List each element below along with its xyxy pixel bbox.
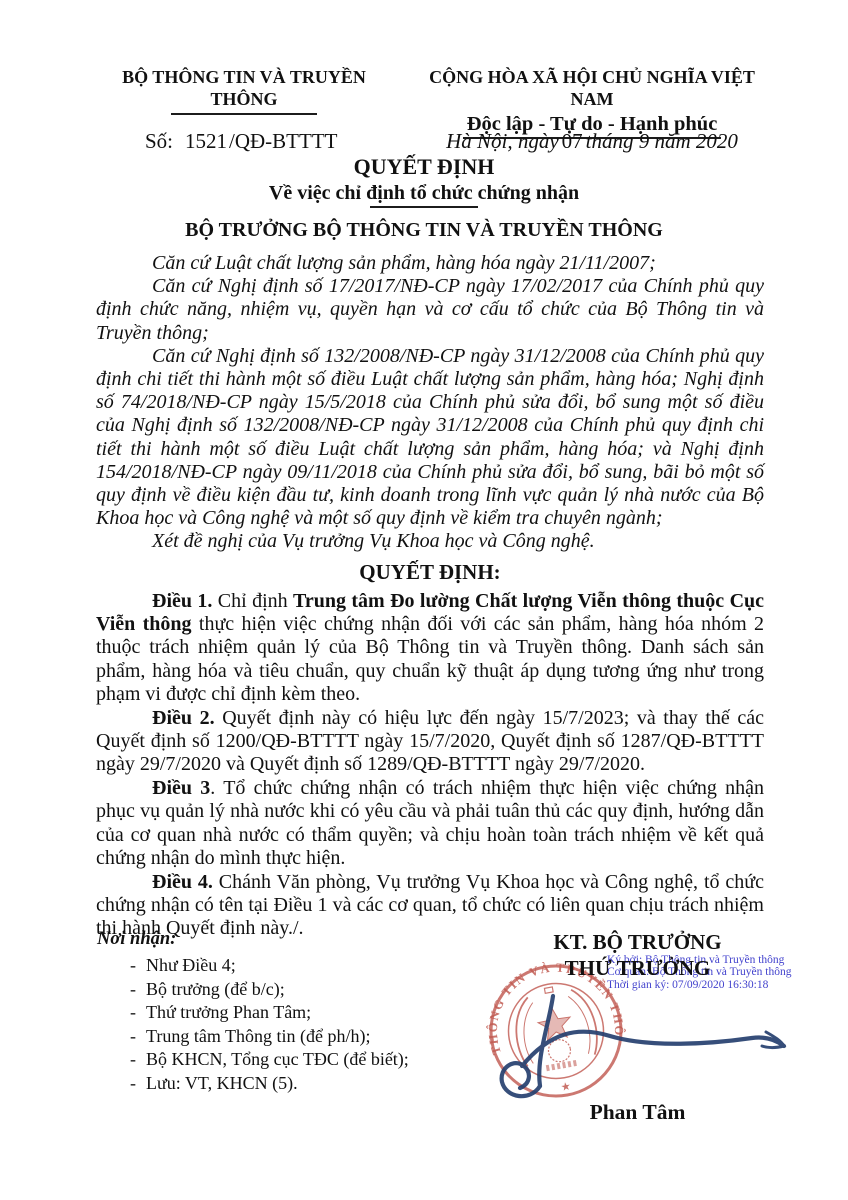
issuer-heading: BỘ TRƯỞNG BỘ THÔNG TIN VÀ TRUYỀN THÔNG bbox=[0, 219, 848, 242]
article-2-number: Điều 2. bbox=[152, 707, 222, 729]
document-body: Căn cứ Luật chất lượng sản phẩm, hàng hó… bbox=[96, 252, 764, 941]
handwritten-signature bbox=[470, 980, 795, 1110]
preamble-paragraph: Căn cứ Nghị định số 132/2008/NĐ-CP ngày … bbox=[96, 345, 764, 531]
issuing-org-header: BỘ THÔNG TIN VÀ TRUYỀN THÔNG bbox=[88, 66, 400, 115]
org-underline bbox=[171, 113, 317, 115]
decision-title: QUYẾT ĐỊNH bbox=[0, 154, 848, 180]
decision-subject: Về việc chỉ định tổ chức chứng nhận bbox=[0, 181, 848, 205]
org-name: BỘ THÔNG TIN VÀ TRUYỀN THÔNG bbox=[88, 66, 400, 110]
subject-underline bbox=[370, 206, 478, 208]
date-rest: tháng 9 năm 2020 bbox=[586, 129, 738, 153]
recipients-label: Nơi nhận: bbox=[97, 929, 442, 950]
date-day: 07 bbox=[562, 129, 583, 153]
article-1-text: Chỉ định bbox=[218, 590, 293, 612]
recipients-list: Như Điều 4; Bộ trưởng (để b/c); Thứ trưở… bbox=[97, 954, 442, 1095]
doc-number-suffix: /QĐ-BTTTT bbox=[229, 129, 337, 153]
preamble-paragraph: Căn cứ Luật chất lượng sản phẩm, hàng hó… bbox=[96, 252, 764, 275]
decision-heading: QUYẾT ĐỊNH: bbox=[96, 558, 764, 586]
article-4-number: Điều 4. bbox=[152, 871, 219, 893]
recipient-item: Bộ trưởng (để b/c); bbox=[130, 978, 442, 1002]
place-date-line: Hà Nội, ngày07tháng 9 năm 2020 bbox=[408, 129, 776, 154]
article-1-number: Điều 1. bbox=[152, 590, 218, 612]
preamble-paragraph: Căn cứ Nghị định số 17/2017/NĐ-CP ngày 1… bbox=[96, 275, 764, 345]
recipient-item: Thứ trưởng Phan Tâm; bbox=[130, 1001, 442, 1025]
recipients-block: Nơi nhận: Như Điều 4; Bộ trưởng (để b/c)… bbox=[97, 929, 442, 1095]
recipient-item: Như Điều 4; bbox=[130, 954, 442, 978]
recipient-item: Trung tâm Thông tin (để ph/h); bbox=[130, 1025, 442, 1049]
doc-number-value: 1521 bbox=[185, 129, 227, 153]
article-3-number: Điều 3 bbox=[152, 777, 210, 799]
article-3: Điều 3. Tổ chức chứng nhận có trách nhiệ… bbox=[96, 777, 764, 871]
document-page: BỘ THÔNG TIN VÀ TRUYỀN THÔNG CỘNG HÒA XÃ… bbox=[0, 0, 848, 1200]
signing-title-block: KT. BỘ TRƯỞNG THỨ TRƯỞNG bbox=[465, 929, 810, 981]
article-1: Điều 1. Chỉ định Trung tâm Đo lường Chất… bbox=[96, 590, 764, 707]
place-date-prefix: Hà Nội, ngày bbox=[446, 129, 559, 153]
preamble-paragraph: Xét đề nghị của Vụ trưởng Vụ Khoa học và… bbox=[96, 530, 764, 553]
recipient-item: Lưu: VT, KHCN (5). bbox=[130, 1072, 442, 1096]
national-title: CỘNG HÒA XÃ HỘI CHỦ NGHĨA VIỆT NAM bbox=[408, 66, 776, 110]
signing-title-line1: KT. BỘ TRƯỞNG bbox=[465, 929, 810, 955]
recipient-item: Bộ KHCN, Tổng cục TĐC (để biết); bbox=[130, 1048, 442, 1072]
doc-number-line: Số:1521/QĐ-BTTTT bbox=[145, 129, 338, 154]
signer-name: Phan Tâm bbox=[465, 1100, 810, 1125]
doc-number-label: Số: bbox=[145, 129, 173, 153]
decision-subject-block: Về việc chỉ định tổ chức chứng nhận bbox=[0, 181, 848, 208]
signing-title-line2: THỨ TRƯỞNG bbox=[465, 955, 810, 981]
article-2: Điều 2. Quyết định này có hiệu lực đến n… bbox=[96, 707, 764, 777]
